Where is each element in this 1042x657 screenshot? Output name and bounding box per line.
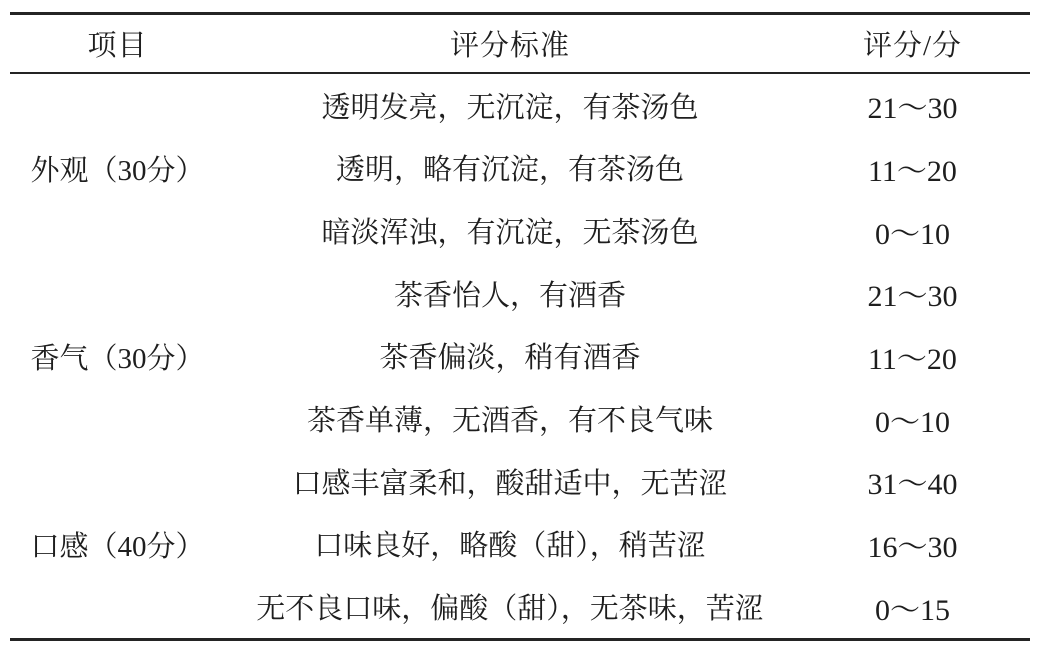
header-criteria: 评分标准	[225, 23, 795, 64]
group-label: 香气（30分）	[10, 262, 225, 450]
table-header-row: 项目 评分标准 评分/分	[10, 15, 1030, 72]
criteria-cell: 无不良口味，偏酸（甜），无茶味，苦涩	[225, 575, 795, 638]
score-cell: 11～20	[795, 137, 1030, 200]
table-body: 外观（30分） 透明发亮，无沉淀，有茶汤色 21～30 透明，略有沉淀，有茶汤色…	[10, 74, 1030, 638]
scoring-table: 项目 评分标准 评分/分 外观（30分） 透明发亮，无沉淀，有茶汤色 21～30…	[10, 12, 1030, 641]
criteria-cell: 口味良好，略酸（甜），稍苦涩	[225, 513, 795, 576]
group-appearance: 外观（30分） 透明发亮，无沉淀，有茶汤色 21～30 透明，略有沉淀，有茶汤色…	[10, 74, 1030, 262]
criteria-cell: 茶香单薄，无酒香，有不良气味	[225, 387, 795, 450]
criteria-cell: 暗淡浑浊，有沉淀，无茶汤色	[225, 199, 795, 262]
score-cell: 0～10	[795, 199, 1030, 262]
criteria-cell: 透明发亮，无沉淀，有茶汤色	[225, 74, 795, 137]
header-item: 项目	[10, 23, 225, 64]
criteria-cell: 茶香偏淡，稍有酒香	[225, 325, 795, 388]
score-cell: 31～40	[795, 450, 1030, 513]
table-bottom-rule	[10, 638, 1030, 641]
criteria-cell: 茶香怡人，有酒香	[225, 262, 795, 325]
header-score: 评分/分	[795, 23, 1030, 64]
score-cell: 11～20	[795, 325, 1030, 388]
group-label: 口感（40分）	[10, 450, 225, 638]
criteria-cell: 口感丰富柔和，酸甜适中，无苦涩	[225, 450, 795, 513]
criteria-cell: 透明，略有沉淀，有茶汤色	[225, 137, 795, 200]
score-cell: 21～30	[795, 74, 1030, 137]
group-label: 外观（30分）	[10, 74, 225, 262]
score-cell: 0～15	[795, 575, 1030, 638]
group-taste: 口感（40分） 口感丰富柔和，酸甜适中，无苦涩 31～40 口味良好，略酸（甜）…	[10, 450, 1030, 638]
score-cell: 16～30	[795, 513, 1030, 576]
score-cell: 21～30	[795, 262, 1030, 325]
score-cell: 0～10	[795, 387, 1030, 450]
group-aroma: 香气（30分） 茶香怡人，有酒香 21～30 茶香偏淡，稍有酒香 11～20 茶…	[10, 262, 1030, 450]
